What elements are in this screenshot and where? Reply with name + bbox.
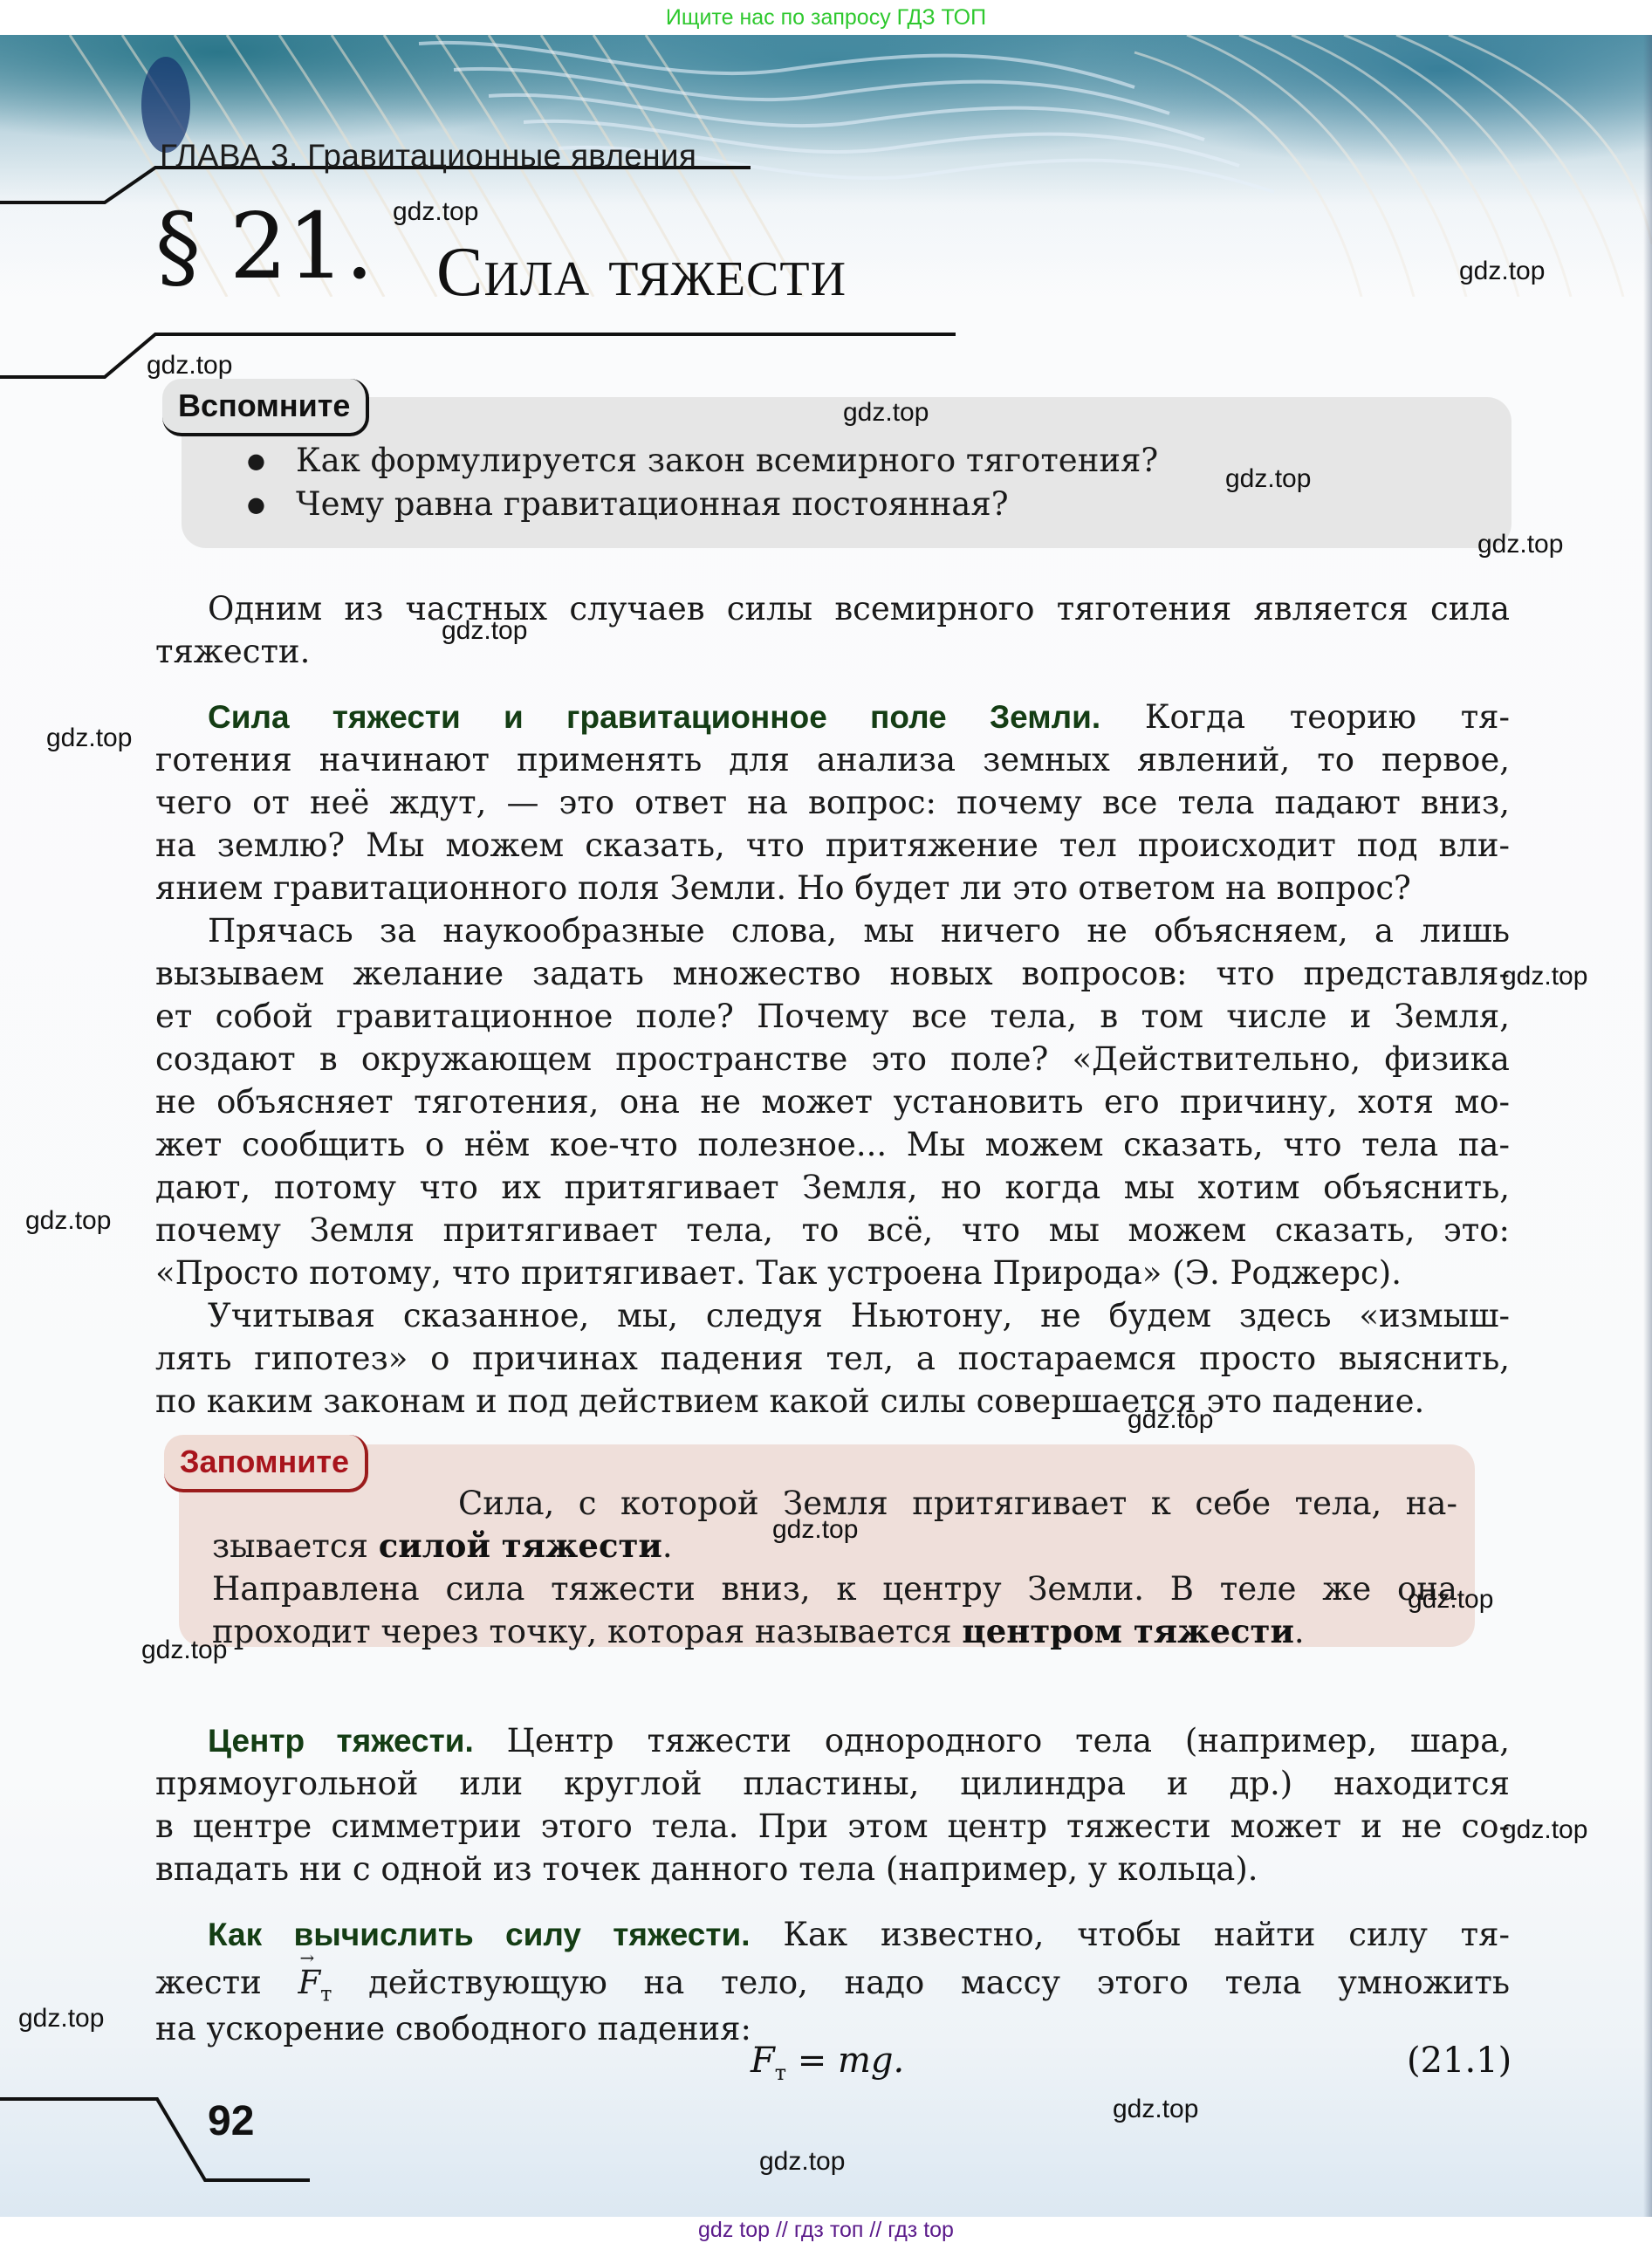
watermark: gdz.top [1477, 530, 1563, 559]
body-line: Прячась за наукообразные слова, мы ничег… [208, 909, 1510, 952]
watermark: gdz.top [442, 616, 527, 646]
body-line: дают, потому что их притягивает Земля, н… [155, 1166, 1510, 1209]
body-line: «Просто потому, что притягивает. Так уст… [155, 1252, 1510, 1294]
section3-first-line: Как вычислить силу тяжести. Как известно… [208, 1913, 1510, 1956]
equation-number: (21.1) [1407, 2041, 1511, 2081]
section1-heading: Сила тяжести и гравитационное поле Земли… [208, 699, 1100, 735]
body-line: чего от неё ждут, — это ответ на вопрос:… [155, 781, 1510, 824]
body-line: жет сообщить о нём кое-что полезное... М… [155, 1123, 1510, 1166]
section1-first-line: Сила тяжести и гравитационное поле Земли… [208, 696, 1510, 738]
top-search-banner: Ищите нас по запросу ГДЗ ТОП [0, 0, 1652, 35]
watermark: gdz.top [772, 1515, 858, 1545]
section2-first-line: Центр тяжести. Центр тяжести однородного… [208, 1719, 1510, 1762]
body-line: готения начинают применять для анализа з… [155, 738, 1510, 781]
body-line: в центре симметрии этого тела. При этом … [155, 1805, 1510, 1848]
textbook-page: ГЛАВА 3. Гравитационные явления § 21. Си… [0, 35, 1652, 2217]
watermark: gdz.top [141, 1636, 227, 1665]
watermark: gdz.top [759, 2147, 845, 2177]
section-title: Сила тяжести [436, 237, 847, 307]
watermark: gdz.top [1459, 257, 1545, 286]
chapter-title: ГЛАВА 3. Гравитационные явления [160, 138, 696, 175]
bottom-banner: gdz top // гдз топ // гдз top [0, 2217, 1652, 2243]
watermark: gdz.top [1113, 2095, 1198, 2124]
remember-line: Направлена сила тяжести вниз, к центру З… [212, 1567, 1457, 1610]
remember-line: проходит через точку, которая называется… [212, 1610, 1457, 1653]
watermark: gdz.top [1502, 962, 1587, 991]
watermark: gdz.top [1128, 1405, 1213, 1435]
term-center-of-gravity: центром тяжести [962, 1612, 1294, 1650]
watermark: gdz.top [393, 197, 478, 227]
recall-item: Чему равна гравитационная постоянная? [249, 485, 1009, 523]
body-line: впадать ни с одной из точек данного тела… [155, 1848, 1510, 1890]
body-line: на землю? Мы можем сказать, что притяжен… [155, 824, 1510, 867]
body-line: ет собой гравитационное поле? Почему все… [155, 995, 1510, 1038]
intro-line: тяжести. [155, 630, 1510, 673]
section-number: § 21. [155, 201, 374, 292]
body-line: создают в окружающем пространстве это по… [155, 1038, 1510, 1080]
watermark: gdz.top [1225, 464, 1311, 494]
watermark: gdz.top [1408, 1585, 1493, 1615]
watermark: gdz.top [46, 724, 132, 753]
body-line: Учитывая сказанное, мы, следуя Ньютону, … [208, 1294, 1510, 1337]
watermark: gdz.top [843, 398, 929, 428]
remember-label: Запомните [164, 1435, 368, 1492]
body-line: почему Земля притягивает тела, то всё, ч… [155, 1209, 1510, 1252]
formula: Fт = mg. [751, 2041, 904, 2085]
body-line: прямоугольной или круглой пластины, цили… [155, 1762, 1510, 1805]
body-line: не объясняет тяготения, она не может уст… [155, 1080, 1510, 1123]
body-line: янием гравитационного поля Земли. Но буд… [155, 867, 1510, 909]
body-line: лять гипотез» о причинах падения тел, а … [155, 1337, 1510, 1380]
section2-heading: Центр тяжести. [208, 1723, 474, 1759]
watermark: gdz.top [147, 351, 232, 381]
watermark: gdz.top [1502, 1815, 1587, 1845]
remember-line: Сила, с которой Земля притягивает к себе… [458, 1482, 1457, 1525]
body-line: вызываем желание задать множество новых … [155, 952, 1510, 995]
recall-item: Как формулируется закон всемирного тягот… [249, 442, 1158, 479]
section3-heading: Как вычислить силу тяжести. [208, 1917, 751, 1952]
intro-line: Одним из частных случаев силы всемирного… [208, 587, 1510, 630]
body-line: по каким законам и под действием какой с… [155, 1380, 1510, 1423]
term-gravity-force: силой тяжести [379, 1526, 662, 1565]
watermark: gdz.top [25, 1206, 111, 1236]
watermark: gdz.top [18, 2004, 104, 2034]
recall-label: Вспомните [162, 379, 369, 436]
page-number: 92 [208, 2097, 254, 2145]
